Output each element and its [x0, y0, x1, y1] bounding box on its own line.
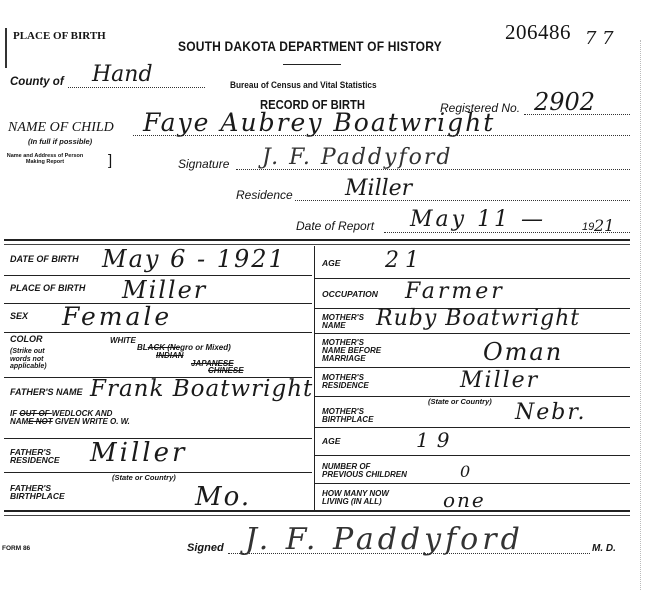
reporter-label-line2: Making Report	[4, 159, 86, 165]
date-of-report-year-prefix: 19	[582, 221, 594, 233]
fathers-name-label: FATHER'S NAME	[10, 387, 82, 397]
child-name-sublabel: (In full if possible)	[28, 137, 92, 146]
rule	[315, 455, 630, 456]
wedlock-line2: NAME NOT GIVEN WRITE O. W.	[10, 418, 130, 426]
color-chinese-text: CHINESE	[208, 366, 244, 375]
county-value: Hand	[92, 62, 153, 87]
date-of-report-label: Date of Report	[296, 219, 374, 233]
mothers-birthplace-value: Nebr.	[515, 400, 586, 425]
color-label: COLOR	[10, 334, 43, 344]
wedlock-struck-2: E NOT	[28, 417, 52, 426]
bureau-title: Bureau of Census and Vital Statistics	[230, 80, 377, 90]
left-border	[5, 28, 7, 68]
fathers-birthplace-value: Mo.	[195, 482, 251, 512]
living-label-2: LIVING (IN ALL)	[322, 498, 389, 506]
center-divider	[314, 246, 315, 511]
stamp-annotation: 7 7	[585, 28, 614, 49]
department-title: SOUTH DAKOTA DEPARTMENT OF HISTORY	[178, 38, 442, 54]
mothers-name-value: Ruby Boatwright	[376, 306, 580, 331]
wedlock-rest-2: GIVEN WRITE O. W.	[53, 417, 130, 426]
sex-label: SEX	[10, 311, 28, 321]
occupation-label: OCCUPATION	[322, 289, 378, 299]
fathers-residence-label-2: RESIDENCE	[10, 456, 60, 464]
color-white: WHITE	[110, 336, 136, 345]
child-name-value: Faye Aubrey Boatwright	[143, 108, 495, 137]
rule	[315, 483, 630, 484]
wedlock-name: NAM	[10, 417, 28, 426]
title-rule	[283, 64, 341, 65]
residence-label: Residence	[236, 188, 293, 202]
signature-label: Signature	[178, 157, 229, 171]
signed-label: Signed	[187, 542, 224, 554]
date-of-report-value: May 11 —	[410, 207, 546, 232]
rule	[315, 333, 630, 334]
date-of-birth-label: DATE OF BIRTH	[10, 255, 79, 264]
form-number: FORM 86	[2, 545, 30, 552]
rule	[315, 427, 630, 428]
county-label: County of	[10, 76, 64, 88]
rule	[4, 332, 312, 333]
living-children-label: HOW MANY NOW LIVING (IN ALL)	[322, 490, 389, 506]
mothers-residence-value: Miller	[460, 368, 539, 393]
mothers-age-label: AGE	[322, 436, 340, 446]
scan-edge	[640, 40, 642, 590]
mothers-state-or-country: (State or Country)	[428, 397, 492, 406]
fathers-residence-label: FATHER'S RESIDENCE	[10, 448, 60, 464]
occupation-value: Farmer	[405, 279, 505, 304]
color-note: (Strike out words not applicable)	[10, 348, 47, 371]
prev-children-label-2: PREVIOUS CHILDREN	[322, 471, 407, 479]
mothers-name-label-2: NAME	[322, 322, 364, 330]
mothers-residence-label-2: RESIDENCE	[322, 382, 369, 390]
color-note-line3: applicable)	[10, 363, 47, 371]
age-value: 21	[385, 248, 425, 273]
maiden-name-value: Oman	[483, 338, 563, 366]
color-black-suffix: gro or Mixed)	[180, 343, 231, 352]
color-note-line2: words not	[10, 356, 47, 364]
living-children-value: one	[443, 488, 486, 512]
color-chinese: CHINESE	[208, 366, 244, 375]
footer-separator	[4, 510, 630, 516]
fathers-residence-value: Miller	[90, 438, 187, 468]
mothers-birthplace-label-2: BIRTHPLACE	[322, 416, 373, 424]
age-label: AGE	[322, 258, 340, 268]
wedlock-note: IF OUT OF WEDLOCK AND NAME NOT GIVEN WRI…	[10, 410, 130, 426]
signed-value: J. F. Paddyford	[245, 522, 524, 557]
prev-children-label: NUMBER OF PREVIOUS CHILDREN	[322, 463, 407, 479]
registered-value: 2902	[534, 88, 595, 116]
prev-children-value: 0	[460, 462, 470, 481]
maiden-label-3: MARRIAGE	[322, 355, 381, 363]
mothers-age-value: 19	[416, 428, 457, 452]
maiden-name-label: MOTHER'S NAME BEFORE MARRIAGE	[322, 339, 381, 363]
date-of-report-year-value: 21	[594, 216, 614, 235]
header-separator	[4, 239, 630, 245]
mothers-birthplace-label: MOTHER'S BIRTHPLACE	[322, 408, 373, 424]
md-suffix: M. D.	[592, 543, 616, 554]
mothers-name-label: MOTHER'S NAME	[322, 314, 364, 330]
stamp-number: 206486	[505, 20, 571, 45]
child-name-label: NAME OF CHILD	[8, 120, 114, 136]
color-black-prefix: BL	[137, 343, 148, 352]
county-dotted-line	[68, 87, 205, 88]
color-indian: INDIAN	[156, 351, 184, 360]
fathers-birthplace-label-2: BIRTHPLACE	[10, 492, 65, 500]
reporter-label: Name and Address of Person Making Report	[4, 153, 86, 165]
fathers-name-value: Frank Boatwright	[90, 376, 313, 402]
color-note-line1: (Strike out	[10, 348, 47, 356]
mothers-residence-label: MOTHER'S RESIDENCE	[322, 374, 369, 390]
place-of-birth-title: PLACE OF BIRTH	[13, 30, 106, 42]
signature-value: J. F. Paddyford	[262, 145, 452, 170]
sex-value: Female	[62, 302, 172, 331]
place-of-birth-value: Miller	[122, 276, 207, 304]
date-of-birth-value: May 6 - 1921	[102, 245, 286, 273]
fathers-birthplace-label: FATHER'S BIRTHPLACE	[10, 484, 65, 500]
reporter-bracket: ]	[108, 152, 112, 169]
residence-value: Miller	[345, 176, 412, 201]
place-of-birth-label: PLACE OF BIRTH	[10, 283, 85, 293]
fathers-state-or-country: (State or Country)	[112, 473, 176, 482]
